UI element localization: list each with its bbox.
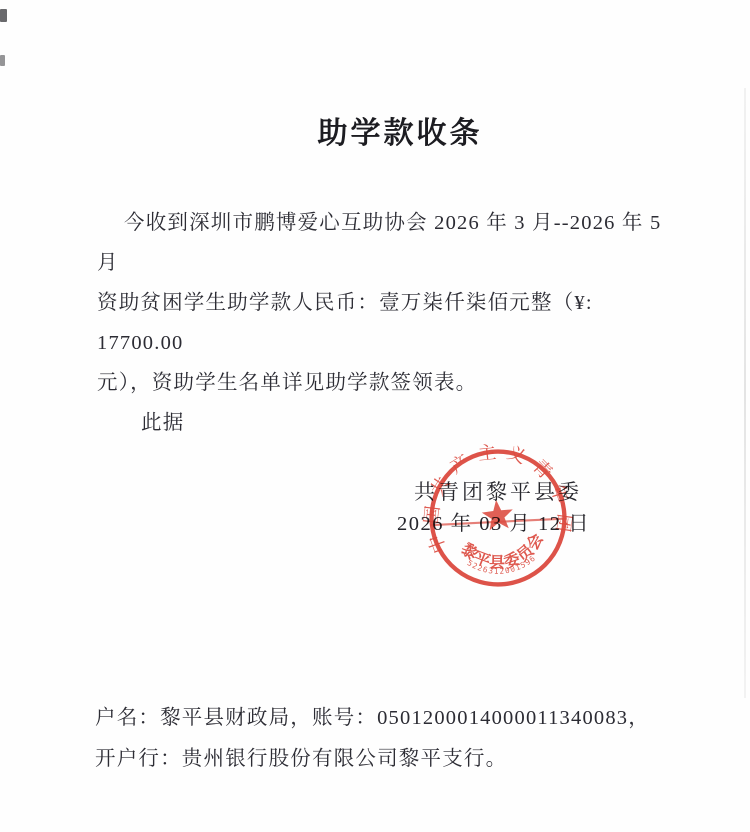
seal-outer-text: 中国共产主义青年团 <box>414 435 579 558</box>
seal-graphic: 中国共产主义青年团 黎平县委员会 5226312001596 <box>413 433 582 602</box>
scan-artifact-mark <box>0 55 5 66</box>
scan-edge-line <box>744 88 746 698</box>
receipt-page: 助学款收条 今收到深圳市鹏博爱心互助协会 2026 年 3 月--2026 年 … <box>0 0 750 832</box>
body-line: 元），资助学生名单详见助学款签领表。 <box>97 363 675 403</box>
document-body: 今收到深圳市鹏博爱心互助协会 2026 年 3 月--2026 年 5 月 资助… <box>97 203 675 443</box>
bank-info: 户名：黎平县财政局，账号：0501200014000011340083， 开户行… <box>95 698 695 780</box>
body-line: 今收到深圳市鹏博爱心互助协会 2026 年 3 月--2026 年 5 月 <box>97 203 675 283</box>
body-line-cite: 此据 <box>97 403 675 443</box>
bank-branch-line: 开户行：贵州银行股份有限公司黎平支行。 <box>95 739 695 780</box>
scan-artifact-mark <box>0 9 7 22</box>
body-line: 资助贫困学生助学款人民币：壹万柒仟柒佰元整（¥: 17700.00 <box>97 283 675 363</box>
bank-account-line: 户名：黎平县财政局，账号：0501200014000011340083， <box>95 698 695 739</box>
document-title: 助学款收条 <box>50 108 750 152</box>
official-seal: 中国共产主义青年团 黎平县委员会 5226312001596 <box>413 433 582 602</box>
star-icon <box>481 498 515 531</box>
